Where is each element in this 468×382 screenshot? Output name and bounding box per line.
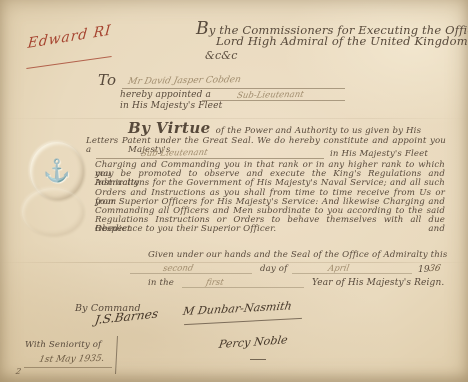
admiralty-embossed-seal-ring — [22, 188, 84, 236]
seniority-bracket — [115, 336, 118, 374]
page-mark: 2 — [15, 367, 22, 376]
addressee-name: Mr David Jasper Cobden — [127, 75, 242, 87]
month-blank-line — [292, 273, 412, 274]
heading-line2: Lord High Admiral of the United Kingdom — [216, 34, 468, 48]
body-line: Instructions for the Government of His M… — [95, 179, 445, 188]
fleet-line: in His Majesty's Fleet — [120, 101, 222, 111]
seniority-date: 1st May 1935. — [38, 354, 105, 365]
body-rank-line-right: in His Majesty's Fleet — [330, 149, 428, 159]
name-blank-line — [122, 88, 345, 89]
commissioner-signature-2-dash — [250, 359, 266, 360]
body-opening-words: By Virtue — [128, 119, 211, 137]
royal-signature: Edward RI — [27, 22, 112, 52]
paper-crease — [0, 262, 468, 263]
in-the-label: in the — [148, 278, 174, 288]
appointed-label: hereby appointed a — [120, 90, 211, 100]
royal-signature-flourish — [26, 56, 111, 69]
day-word: second — [162, 263, 194, 274]
commissioner-signature-2: Percy Noble — [218, 333, 289, 351]
commissioner-signature-1-underline — [184, 318, 302, 325]
appointed-rank: Sub-Lieutenant — [236, 90, 305, 101]
anchor-icon: ⚓ — [43, 159, 70, 184]
dating-line1: Given under our hands and the Seal of th… — [148, 250, 447, 260]
month-entry: April — [327, 264, 350, 274]
commissioner-signature-1: M Dunbar-Nasmith — [182, 299, 293, 318]
seniority-label: With Seniority of — [25, 340, 101, 350]
body-rank-entry: Sub Lieutenant — [140, 148, 208, 159]
seniority-underline — [24, 367, 112, 368]
day-of-label: day of — [260, 264, 287, 274]
reign-label: Year of His Majesty's Reign. — [312, 278, 444, 288]
commission-document: Edward RI By the Commissioners for Execu… — [0, 0, 468, 382]
body-rank-blank-line — [96, 158, 324, 159]
body-line: Obedience to you their Superior Officer. — [95, 225, 445, 234]
regnal-year: first — [205, 278, 225, 288]
heading-etc: &c&c — [205, 49, 238, 62]
year-written: 36 — [428, 264, 441, 274]
to-label: To — [98, 71, 116, 89]
regnal-blank-line — [182, 287, 304, 288]
